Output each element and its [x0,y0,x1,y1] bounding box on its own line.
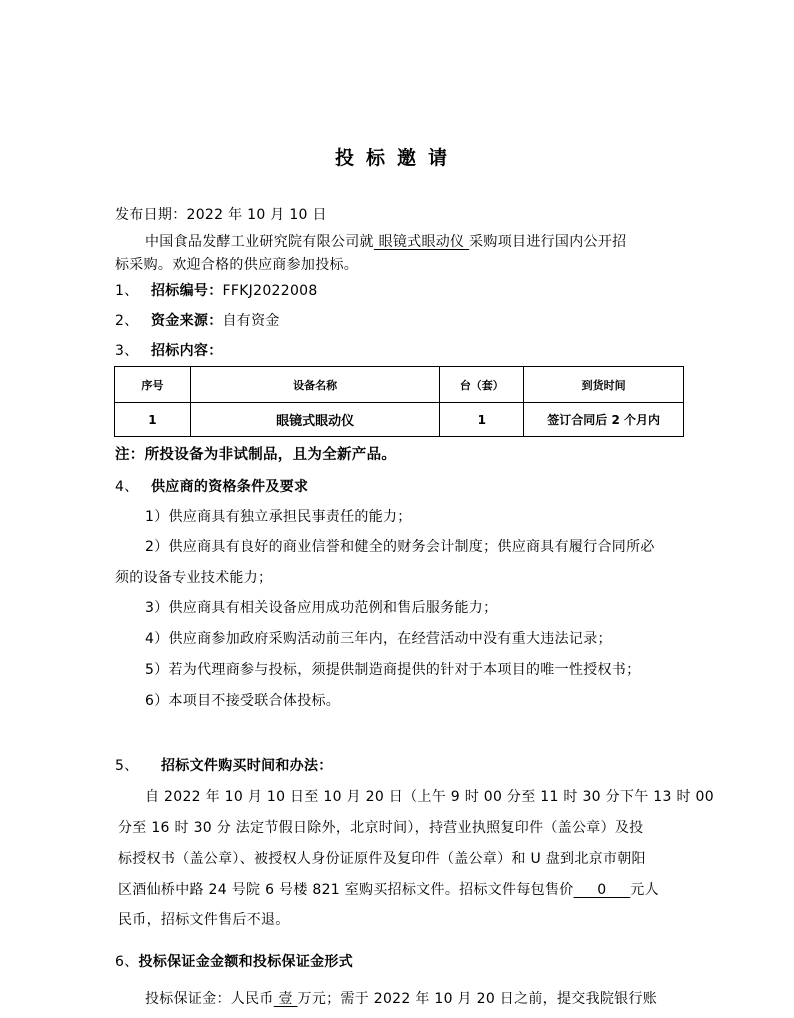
table-header: 序号 [115,367,191,403]
project-name: 眼镜式眼动仪 [374,234,469,250]
deposit-line: 投标保证金：人民币 壹 万元；需于 2022 年 10 月 20 日之前，提交我… [145,990,657,1008]
table-header-row: 序号 设备名称 台（套） 到货时间 [115,367,684,403]
requirement-item: 4）供应商参加政府采购活动前三年内，在经营活动中没有重大违法记录； [145,630,612,648]
intro-line-1: 中国食品发酵工业研究院有限公司就 眼镜式眼动仪 采购项目进行国内公开招 [145,233,626,251]
purchase-line: 自 2022 年 10 月 10 日至 10 月 20 日（上午 9 时 00 … [145,788,714,806]
section-number: 3、 [115,342,151,360]
price-suffix: 元人 [630,882,659,898]
intro-suffix: 采购项目进行国内公开招 [469,234,626,250]
table-header: 设备名称 [190,367,440,403]
requirement-item: 1）供应商具有独立承担民事责任的能力； [145,508,412,526]
purchase-line: 区酒仙桥中路 24 号院 6 号楼 821 室购买招标文件。招标文件每包售价 0… [118,881,659,899]
deposit-prefix: 投标保证金：人民币 [145,991,274,1007]
purchase-line: 分至 16 时 30 分 法定节假日除外，北京时间），持营业执照复印件（盖公章）… [118,819,643,837]
section-number: 2、 [115,312,151,330]
purchase-line: 标授权书（盖公章）、被授权人身份证原件及复印件（盖公章）和 U 盘到北京市朝阳 [118,850,646,868]
section-label: 资金来源： [151,313,223,329]
bid-number: FFKJ2022008 [223,283,318,299]
section-number: 1、 [115,282,151,300]
intro-line-2: 标采购。欢迎合格的供应商参加投标。 [115,256,358,274]
fund-source: 自有资金 [223,313,280,329]
purchase-line-text: 区酒仙桥中路 24 号院 6 号楼 821 室购买招标文件。招标文件每包售价 [118,882,574,898]
table-cell: 眼镜式眼动仪 [190,403,440,437]
publish-date: 发布日期：2022 年 10 月 10 日 [115,206,327,224]
table-cell: 1 [115,403,191,437]
page-title: 投标邀请 [0,143,794,170]
deposit-amount: 壹 [274,991,298,1007]
section-number: 5、 [115,757,161,775]
table-header: 台（套） [440,367,524,403]
section-2: 2、资金来源：自有资金 [115,312,280,330]
section-6: 6、投标保证金金额和投标保证金形式 [115,953,353,971]
section-3: 3、招标内容： [115,342,223,360]
table-header: 到货时间 [524,367,684,403]
section-number: 6、 [115,954,139,970]
section-label: 招标内容： [151,343,223,359]
purchase-line: 民币，招标文件售后不退。 [118,911,290,929]
section-1: 1、招标编号：FFKJ2022008 [115,282,318,300]
section-label: 招标文件购买时间和办法： [161,758,333,774]
section-5: 5、招标文件购买时间和办法： [115,757,333,775]
requirement-item-continued: 须的设备专业技术能力； [115,569,272,587]
deposit-suffix: 万元；需于 2022 年 10 月 20 日之前，提交我院银行账 [298,991,658,1007]
intro-prefix: 中国食品发酵工业研究院有限公司就 [145,234,374,250]
requirement-item: 5）若为代理商参与投标，须提供制造商提供的针对于本项目的唯一性授权书； [145,661,640,679]
table-cell: 1 [440,403,524,437]
table-row: 1 眼镜式眼动仪 1 签订合同后 2 个月内 [115,403,684,437]
note: 注：所投设备为非试制品，且为全新产品。 [115,446,396,464]
section-label: 招标编号： [151,283,223,299]
bid-content-table: 序号 设备名称 台（套） 到货时间 1 眼镜式眼动仪 1 签订合同后 2 个月内 [114,366,684,437]
section-number: 4、 [115,478,151,496]
section-label: 投标保证金金额和投标保证金形式 [139,954,354,970]
requirement-item: 6）本项目不接受联合体投标。 [145,692,340,710]
section-label: 供应商的资格条件及要求 [151,479,308,495]
section-4: 4、供应商的资格条件及要求 [115,478,308,496]
requirement-item: 2）供应商具有良好的商业信誉和健全的财务会计制度；供应商具有履行合同所必 [145,538,655,556]
table-cell: 签订合同后 2 个月内 [524,403,684,437]
requirement-item: 3）供应商具有相关设备应用成功范例和售后服务能力； [145,599,497,617]
price-value: 0 [574,882,631,898]
